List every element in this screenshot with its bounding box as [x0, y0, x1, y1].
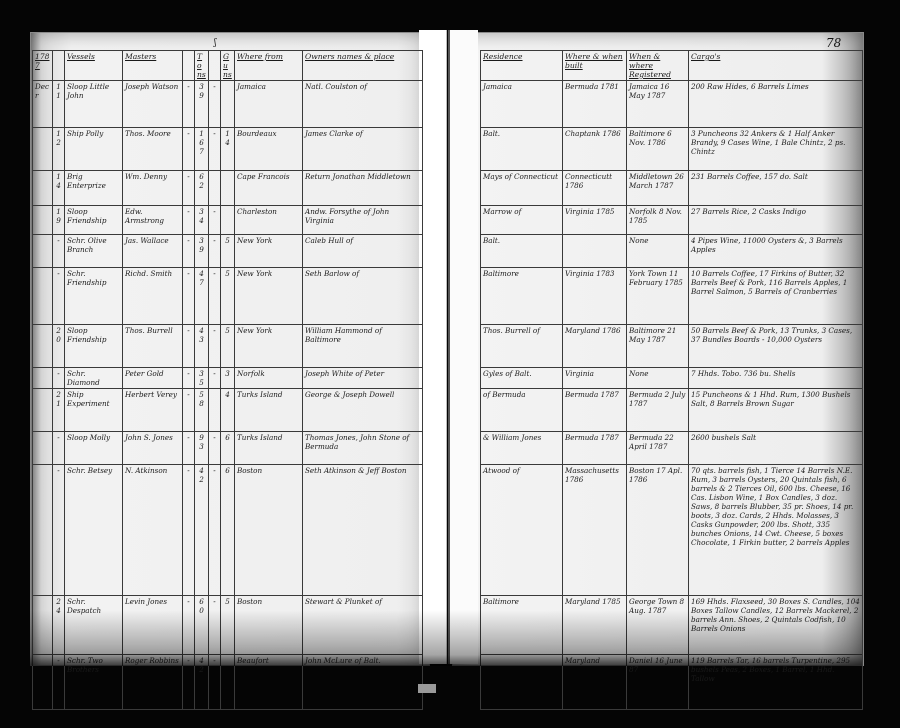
- header-masters: Masters: [123, 51, 183, 81]
- cargo-cell: 50 Barrels Beef & Pork, 13 Trunks, 3 Cas…: [689, 325, 863, 368]
- guns-cell: [221, 171, 235, 206]
- vessel-cell: Sloop Friendship: [65, 206, 123, 235]
- table-row: of BermudaBermuda 1787Bermuda 2 July 178…: [481, 389, 863, 432]
- table-row: Balt.None4 Pipes Wine, 11000 Oysters &, …: [481, 235, 863, 268]
- vessel-cell: Schr. Diamond: [65, 368, 123, 389]
- mark-cell: -: [183, 128, 195, 171]
- month-cell: [33, 432, 53, 465]
- header-c2: [209, 51, 221, 81]
- where-from-cell: Cape Francois: [235, 171, 303, 206]
- guns-cell: 5: [221, 235, 235, 268]
- vessel-cell: Ship Experiment: [65, 389, 123, 432]
- month-cell: [33, 655, 53, 710]
- registered-cell: George Town 8 Aug. 1787: [627, 596, 689, 655]
- book-gutter-right: [448, 30, 478, 664]
- month-cell: [33, 389, 53, 432]
- master-cell: Roger Robbins: [123, 655, 183, 710]
- header-cargo: Cargo's: [689, 51, 863, 81]
- cargo-cell: 4 Pipes Wine, 11000 Oysters &, 3 Barrels…: [689, 235, 863, 268]
- built-cell: Bermuda 1781: [563, 81, 627, 128]
- built-cell: Bermuda 1787: [563, 432, 627, 465]
- residence-cell: Atwood of: [481, 465, 563, 596]
- built-cell: Virginia: [563, 368, 627, 389]
- master-cell: Joseph Watson: [123, 81, 183, 128]
- cargo-cell: 231 Barrels Coffee, 157 do. Salt: [689, 171, 863, 206]
- where-from-cell: Turks Island: [235, 389, 303, 432]
- registered-cell: York Town 11 February 1785: [627, 268, 689, 325]
- table-row: Mays of ConnecticutConnecticutt 1786Midd…: [481, 171, 863, 206]
- mark-cell: [209, 389, 221, 432]
- built-cell: Virginia 1783: [563, 268, 627, 325]
- residence-cell: Mays of Connecticut: [481, 171, 563, 206]
- header-owners: Owners names & place: [303, 51, 423, 81]
- master-cell: Peter Gold: [123, 368, 183, 389]
- owners-cell: Natl. Coulston of: [303, 81, 423, 128]
- header-day: [53, 51, 65, 81]
- vessel-cell: Schr. Despatch: [65, 596, 123, 655]
- owners-cell: Caleb Hull of: [303, 235, 423, 268]
- mark-cell: -: [209, 128, 221, 171]
- mark-cell: -: [183, 235, 195, 268]
- day-cell: 19: [53, 206, 65, 235]
- mark-cell: -: [183, 655, 195, 710]
- vessel-cell: Schr. Two Brothers: [65, 655, 123, 710]
- table-row: BaltimoreVirginia 1783York Town 11 Febru…: [481, 268, 863, 325]
- residence-cell: Marrow of: [481, 206, 563, 235]
- built-cell: Bermuda 1787: [563, 389, 627, 432]
- table-row: 24Schr. DespatchLevin Jones-60-5BostonSt…: [33, 596, 423, 655]
- cargo-cell: 70 qts. barrels fish, 1 Tierce 14 Barrel…: [689, 465, 863, 596]
- table-row: 20Sloop FriendshipThos. Burrell-43-5New …: [33, 325, 423, 368]
- mark-cell: -: [183, 596, 195, 655]
- month-cell: Decr: [33, 81, 53, 128]
- owners-cell: John McLure of Balt.: [303, 655, 423, 710]
- residence-cell: [481, 655, 563, 710]
- tons-cell: 47: [195, 268, 209, 325]
- built-cell: Maryland 1785: [563, 596, 627, 655]
- mark-cell: -: [183, 206, 195, 235]
- table-row: Thos. Burrell ofMaryland 1786Baltimore 2…: [481, 325, 863, 368]
- cargo-cell: 119 Barrels Tar, 16 barrels Turpentine, …: [689, 655, 863, 710]
- month-cell: [33, 128, 53, 171]
- owners-cell: Seth Atkinson & Jeff Boston: [303, 465, 423, 596]
- built-cell: Virginia 1785: [563, 206, 627, 235]
- tons-cell: 39: [195, 81, 209, 128]
- table-row: -Sloop MollyJohn S. Jones-93-6Turks Isla…: [33, 432, 423, 465]
- registered-cell: None: [627, 368, 689, 389]
- tons-cell: 60: [195, 596, 209, 655]
- built-cell: [563, 235, 627, 268]
- vessel-cell: Sloop Friendship: [65, 325, 123, 368]
- cargo-cell: 7 Hhds. Tobo. 736 bu. Shells: [689, 368, 863, 389]
- guns-cell: 5: [221, 268, 235, 325]
- where-from-cell: Bourdeaux: [235, 128, 303, 171]
- table-row: -Schr. Olive BranchJas. Wallace-39-5New …: [33, 235, 423, 268]
- residence-cell: of Bermuda: [481, 389, 563, 432]
- built-cell: Chaptank 1786: [563, 128, 627, 171]
- day-cell: -: [53, 235, 65, 268]
- table-row: Atwood ofMassachusetts 1786Boston 17 Apl…: [481, 465, 863, 596]
- right-ledger-table: Residence Where & when built When & wher…: [480, 50, 863, 710]
- mark-cell: -: [209, 368, 221, 389]
- guns-cell: [221, 81, 235, 128]
- vessel-cell: Schr. Friendship: [65, 268, 123, 325]
- master-cell: John S. Jones: [123, 432, 183, 465]
- guns-cell: 14: [221, 128, 235, 171]
- page-number: 78: [826, 36, 841, 50]
- header-built: Where & when built: [563, 51, 627, 81]
- registered-cell: Baltimore 6 Nov. 1786: [627, 128, 689, 171]
- mark-cell: -: [209, 432, 221, 465]
- registered-cell: Daniel 16 June 87: [627, 655, 689, 710]
- residence-cell: Jamaica: [481, 81, 563, 128]
- table-row: 21Ship ExperimentHerbert Verey-584Turks …: [33, 389, 423, 432]
- guns-cell: 4: [221, 389, 235, 432]
- mark-cell: -: [183, 171, 195, 206]
- tons-cell: 34: [195, 206, 209, 235]
- owners-cell: Return Jonathan Middletown: [303, 171, 423, 206]
- cargo-cell: 10 Barrels Coffee, 17 Firkins of Butter,…: [689, 268, 863, 325]
- guns-cell: 5: [221, 325, 235, 368]
- mark-cell: -: [209, 465, 221, 596]
- left-header-row: 1787 Vessels Masters Tons Guns Where fro…: [33, 51, 423, 81]
- where-from-cell: New York: [235, 235, 303, 268]
- month-cell: [33, 235, 53, 268]
- tons-cell: 62: [195, 171, 209, 206]
- residence-cell: Balt.: [481, 128, 563, 171]
- day-cell: 14: [53, 171, 65, 206]
- day-cell: -: [53, 655, 65, 710]
- book-gutter-left: [419, 30, 447, 664]
- registered-cell: None: [627, 235, 689, 268]
- cargo-cell: 2600 bushels Salt: [689, 432, 863, 465]
- mark-cell: [209, 171, 221, 206]
- month-cell: [33, 596, 53, 655]
- built-cell: Connecticutt 1786: [563, 171, 627, 206]
- residence-cell: Balt.: [481, 235, 563, 268]
- master-cell: Jas. Wallace: [123, 235, 183, 268]
- table-row: Decr11Sloop Little JohnJoseph Watson-39-…: [33, 81, 423, 128]
- cargo-cell: 15 Puncheons & 1 Hhd. Rum, 1300 Bushels …: [689, 389, 863, 432]
- registered-cell: Bermuda 2 July 1787: [627, 389, 689, 432]
- owners-cell: Stewart & Plunket of: [303, 596, 423, 655]
- owners-cell: Andw. Forsythe of John Virginia: [303, 206, 423, 235]
- registered-cell: Boston 17 Apl. 1786: [627, 465, 689, 596]
- guns-cell: 5: [221, 596, 235, 655]
- day-cell: -: [53, 432, 65, 465]
- header-year: 1787: [33, 51, 53, 81]
- where-from-cell: Norfolk: [235, 368, 303, 389]
- master-cell: Herbert Verey: [123, 389, 183, 432]
- tons-cell: 42: [195, 655, 209, 710]
- header-guns: Guns: [221, 51, 235, 81]
- registered-cell: Bermuda 22 April 1787: [627, 432, 689, 465]
- guns-cell: 3: [221, 368, 235, 389]
- where-from-cell: New York: [235, 268, 303, 325]
- table-row: 14Brig EnterprizeWm. Denny-62Cape Franco…: [33, 171, 423, 206]
- residence-cell: Gyles of Balt.: [481, 368, 563, 389]
- day-cell: 20: [53, 325, 65, 368]
- built-cell: Massachusetts 1786: [563, 465, 627, 596]
- tons-cell: 42: [195, 465, 209, 596]
- master-cell: Levin Jones: [123, 596, 183, 655]
- mark-cell: -: [209, 206, 221, 235]
- master-cell: N. Atkinson: [123, 465, 183, 596]
- mark-cell: -: [183, 268, 195, 325]
- tons-cell: 35: [195, 368, 209, 389]
- right-header-row: Residence Where & when built When & wher…: [481, 51, 863, 81]
- table-row: -Schr. FriendshipRichd. Smith-47-5New Yo…: [33, 268, 423, 325]
- owners-cell: George & Joseph Dowell: [303, 389, 423, 432]
- mark-cell: -: [209, 81, 221, 128]
- built-cell: Maryland: [563, 655, 627, 710]
- vessel-cell: Schr. Olive Branch: [65, 235, 123, 268]
- mark-cell: -: [183, 389, 195, 432]
- vessel-cell: Brig Enterprize: [65, 171, 123, 206]
- owners-cell: William Hammond of Baltimore: [303, 325, 423, 368]
- vessel-cell: Sloop Little John: [65, 81, 123, 128]
- master-cell: Thos. Moore: [123, 128, 183, 171]
- table-row: -Schr. Two BrothersRoger Robbins-42-Beau…: [33, 655, 423, 710]
- cargo-cell: 27 Barrels Rice, 2 Casks Indigo: [689, 206, 863, 235]
- owners-cell: Thomas Jones, John Stone of Bermuda: [303, 432, 423, 465]
- where-from-cell: Jamaica: [235, 81, 303, 128]
- where-from-cell: Beaufort: [235, 655, 303, 710]
- table-row: 19Sloop FriendshipEdw. Armstrong-34-Char…: [33, 206, 423, 235]
- month-cell: [33, 368, 53, 389]
- tons-cell: 43: [195, 325, 209, 368]
- residence-cell: & William Jones: [481, 432, 563, 465]
- owners-cell: Joseph White of Peter: [303, 368, 423, 389]
- mark-cell: -: [209, 268, 221, 325]
- registered-cell: Baltimore 21 May 1787: [627, 325, 689, 368]
- day-cell: 12: [53, 128, 65, 171]
- built-cell: Maryland 1786: [563, 325, 627, 368]
- registered-cell: Jamaica 16 May 1787: [627, 81, 689, 128]
- day-cell: -: [53, 465, 65, 596]
- mark-cell: -: [183, 465, 195, 596]
- residence-cell: Thos. Burrell of: [481, 325, 563, 368]
- master-cell: Thos. Burrell: [123, 325, 183, 368]
- cargo-cell: 169 Hhds. Flaxseed, 30 Boxes S. Candles,…: [689, 596, 863, 655]
- month-cell: [33, 171, 53, 206]
- month-cell: [33, 206, 53, 235]
- registered-cell: Middletown 26 March 1787: [627, 171, 689, 206]
- vessel-cell: Schr. Betsey: [65, 465, 123, 596]
- cargo-cell: 3 Puncheons 32 Ankers & 1 Half Anker Bra…: [689, 128, 863, 171]
- header-c1: [183, 51, 195, 81]
- table-row: & William JonesBermuda 1787Bermuda 22 Ap…: [481, 432, 863, 465]
- header-residence: Residence: [481, 51, 563, 81]
- day-cell: -: [53, 368, 65, 389]
- left-ledger-table: 1787 Vessels Masters Tons Guns Where fro…: [32, 50, 423, 710]
- table-row: JamaicaBermuda 1781Jamaica 16 May 178720…: [481, 81, 863, 128]
- mark-cell: -: [183, 325, 195, 368]
- month-cell: [33, 465, 53, 596]
- table-row: Gyles of Balt.VirginiaNone7 Hhds. Tobo. …: [481, 368, 863, 389]
- table-row: -Schr. DiamondPeter Gold-35-3NorfolkJose…: [33, 368, 423, 389]
- table-row: BaltimoreMaryland 1785George Town 8 Aug.…: [481, 596, 863, 655]
- table-row: 12Ship PollyThos. Moore-167-14BourdeauxJ…: [33, 128, 423, 171]
- header-where-from: Where from: [235, 51, 303, 81]
- where-from-cell: Boston: [235, 596, 303, 655]
- month-cell: [33, 268, 53, 325]
- header-vessels: Vessels: [65, 51, 123, 81]
- mark-cell: -: [183, 368, 195, 389]
- ink-mark: ʃ: [214, 38, 216, 48]
- table-row: Marrow ofVirginia 1785Norfolk 8 Nov. 178…: [481, 206, 863, 235]
- guns-cell: [221, 655, 235, 710]
- master-cell: Richd. Smith: [123, 268, 183, 325]
- where-from-cell: New York: [235, 325, 303, 368]
- month-cell: [33, 325, 53, 368]
- table-row: Balt.Chaptank 1786Baltimore 6 Nov. 17863…: [481, 128, 863, 171]
- vessel-cell: Sloop Molly: [65, 432, 123, 465]
- mark-cell: -: [209, 235, 221, 268]
- tons-cell: 58: [195, 389, 209, 432]
- table-row: MarylandDaniel 16 June 87119 Barrels Tar…: [481, 655, 863, 710]
- vessel-cell: Ship Polly: [65, 128, 123, 171]
- cargo-cell: 200 Raw Hides, 6 Barrels Limes: [689, 81, 863, 128]
- day-cell: 11: [53, 81, 65, 128]
- header-tons: Tons: [195, 51, 209, 81]
- header-registered: When & where Registered: [627, 51, 689, 81]
- master-cell: Edw. Armstrong: [123, 206, 183, 235]
- mark-cell: -: [183, 432, 195, 465]
- day-cell: 24: [53, 596, 65, 655]
- table-row: -Schr. BetseyN. Atkinson-42-6BostonSeth …: [33, 465, 423, 596]
- master-cell: Wm. Denny: [123, 171, 183, 206]
- tons-cell: 167: [195, 128, 209, 171]
- microfilm-label: [418, 684, 436, 693]
- day-cell: 21: [53, 389, 65, 432]
- mark-cell: -: [183, 81, 195, 128]
- residence-cell: Baltimore: [481, 268, 563, 325]
- tons-cell: 39: [195, 235, 209, 268]
- guns-cell: 6: [221, 465, 235, 596]
- where-from-cell: Charleston: [235, 206, 303, 235]
- residence-cell: Baltimore: [481, 596, 563, 655]
- owners-cell: Seth Barlow of: [303, 268, 423, 325]
- owners-cell: James Clarke of: [303, 128, 423, 171]
- guns-cell: 6: [221, 432, 235, 465]
- registered-cell: Norfolk 8 Nov. 1785: [627, 206, 689, 235]
- day-cell: -: [53, 268, 65, 325]
- where-from-cell: Boston: [235, 465, 303, 596]
- guns-cell: [221, 206, 235, 235]
- where-from-cell: Turks Island: [235, 432, 303, 465]
- tons-cell: 93: [195, 432, 209, 465]
- mark-cell: -: [209, 325, 221, 368]
- mark-cell: -: [209, 655, 221, 710]
- mark-cell: -: [209, 596, 221, 655]
